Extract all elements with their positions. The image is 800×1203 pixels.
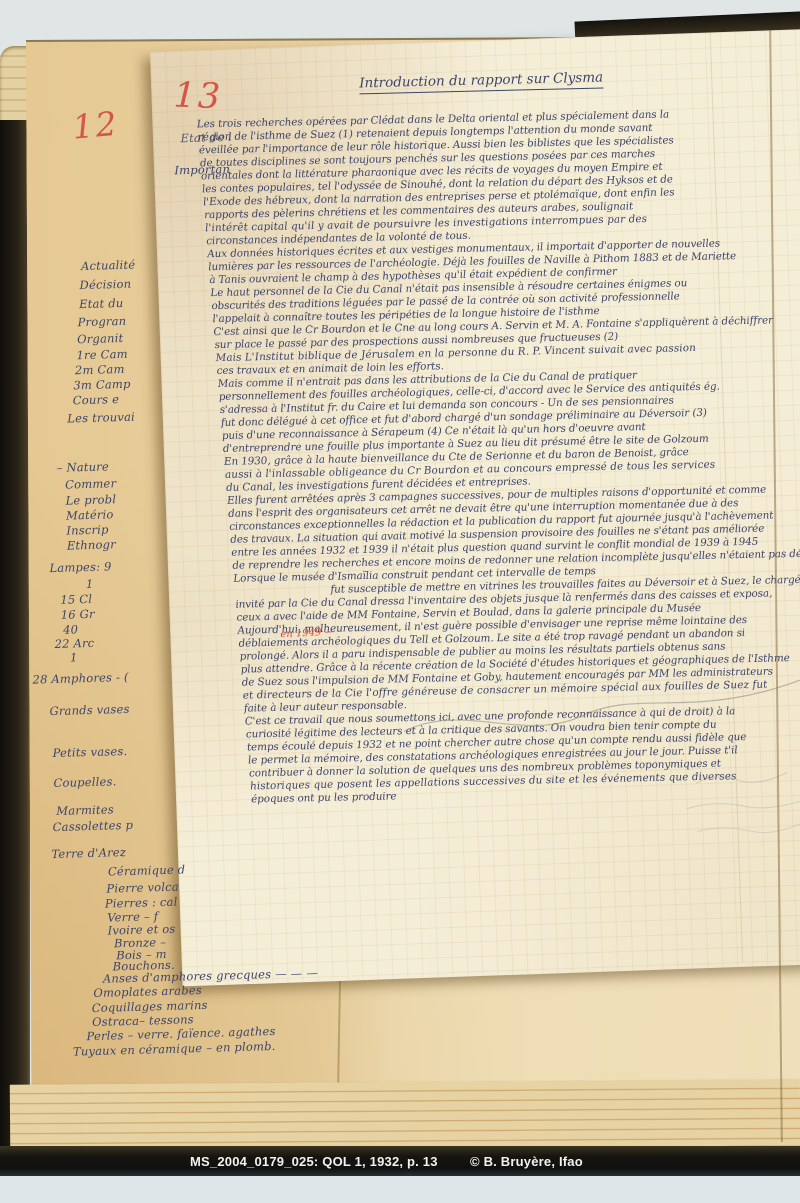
manuscript-title: Introduction du rapport sur Clysma [359, 69, 603, 94]
scanned-notebook: 12 13 Introduction du rapport sur Clysma… [0, 0, 800, 1203]
caption-credit: © B. Bruyère, Ifao [470, 1154, 583, 1169]
page-number-left: 12 [71, 104, 120, 147]
caption-shelfmark: MS_2004_0179_025: QOL 1, 1932, p. 13 [190, 1154, 438, 1169]
page-number-right: 13 [173, 76, 223, 118]
manuscript-page-13: 13 Introduction du rapport sur Clysma Le… [150, 28, 800, 986]
book-spine [0, 120, 30, 1175]
bottom-page-stack [10, 1079, 800, 1151]
stray-pencil-marks [391, 629, 800, 864]
caption-bar: MS_2004_0179_025: QOL 1, 1932, p. 13 © B… [0, 1150, 800, 1176]
